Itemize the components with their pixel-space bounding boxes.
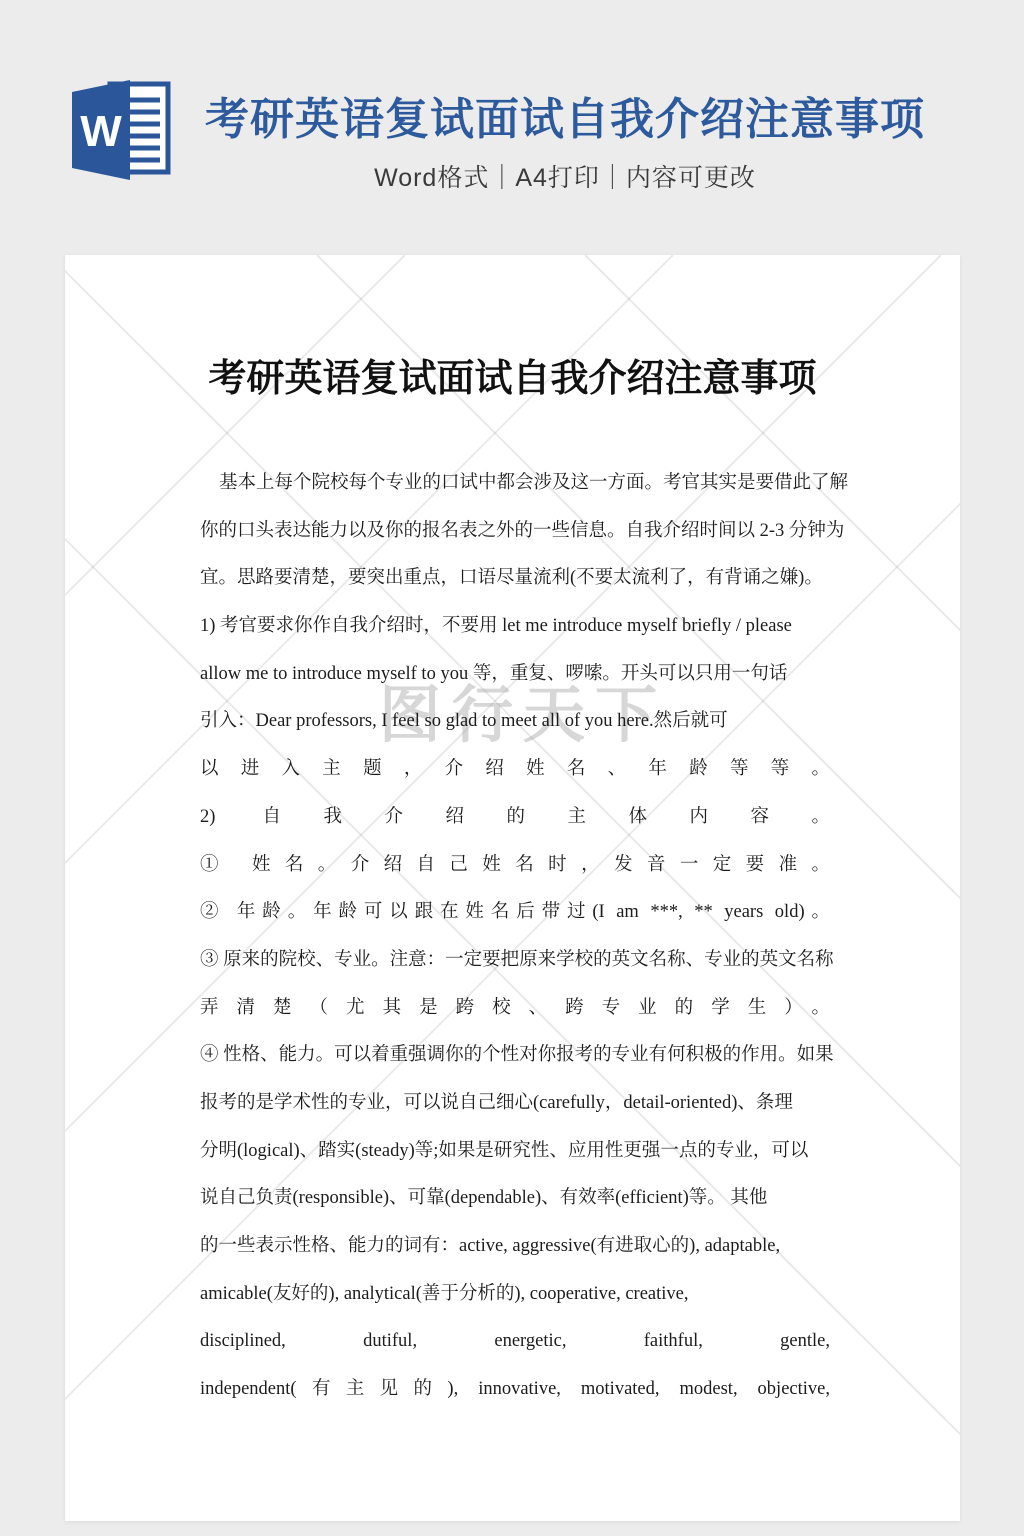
document-line: 的一些表示性格、能力的词有：active, aggressive(有进取心的),… (200, 1223, 830, 1271)
document-page: 图行天下 考研英语复试面试自我介绍注意事项 基本上每个院校每个专业的口试中都会涉… (65, 255, 960, 1521)
document-line: ① 姓名。介绍自己姓名时，发音一定要准。 (200, 842, 830, 890)
document-line: 基本上每个院校每个专业的口试中都会涉及这一方面。考官其实是要借此了解 (200, 460, 830, 508)
document-line: ② 年龄。年龄可以跟在姓名后带过(I am ***, ** years old)… (200, 889, 830, 937)
document-line: 以进入主题，介绍姓名、年龄等等。 (200, 746, 830, 794)
document-line: disciplined, dutiful, energetic, faithfu… (200, 1318, 830, 1366)
document-body: 基本上每个院校每个专业的口试中都会涉及这一方面。考官其实是要借此了解你的口头表达… (200, 460, 830, 1414)
document-line: 你的口头表达能力以及你的报名表之外的一些信息。自我介绍时间以 2-3 分钟为 (200, 508, 830, 556)
document-line: 1) 考官要求你作自我介绍时，不要用 let me introduce myse… (200, 603, 830, 651)
document-line: independent(有主见的), innovative, motivated… (200, 1366, 830, 1414)
document-line: 分明(logical)、踏实(steady)等;如果是研究性、应用性更强一点的专… (200, 1128, 830, 1176)
document-line: 报考的是学术性的专业，可以说自己细心(carefully，detail-orie… (200, 1080, 830, 1128)
header-subtitle: Word格式｜A4打印｜内容可更改 (106, 158, 1024, 194)
document-line: 引入：Dear professors, I feel so glad to me… (200, 698, 830, 746)
document-line: amicable(友好的), analytical(善于分析的), cooper… (200, 1271, 830, 1319)
header: W 考研英语复试面试自我介绍注意事项 Word格式｜A4打印｜内容可更改 (0, 0, 1024, 255)
document-line: 宜。思路要清楚，要突出重点，口语尽量流利(不要太流利了，有背诵之嫌)。 (200, 555, 830, 603)
document-line: 2) 自我介绍的主体内容。 (200, 794, 830, 842)
document-line: 说自己负责(responsible)、可靠(dependable)、有效率(ef… (200, 1175, 830, 1223)
document-line: allow me to introduce myself to you 等，重复… (200, 651, 830, 699)
document-line: 弄清楚（尤其是跨校、跨专业的学生）。 (200, 985, 830, 1033)
header-title: 考研英语复试面试自我介绍注意事项 (106, 96, 1024, 144)
document-title: 考研英语复试面试自我介绍注意事项 (65, 357, 960, 403)
document-line: ④ 性格、能力。可以着重强调你的个性对你报考的专业有何积极的作用。如果 (200, 1032, 830, 1080)
page-background: W 考研英语复试面试自我介绍注意事项 Word格式｜A4打印｜内容可更改 (0, 0, 1024, 1536)
document-line: ③ 原来的院校、专业。注意：一定要把原来学校的英文名称、专业的英文名称 (200, 937, 830, 985)
